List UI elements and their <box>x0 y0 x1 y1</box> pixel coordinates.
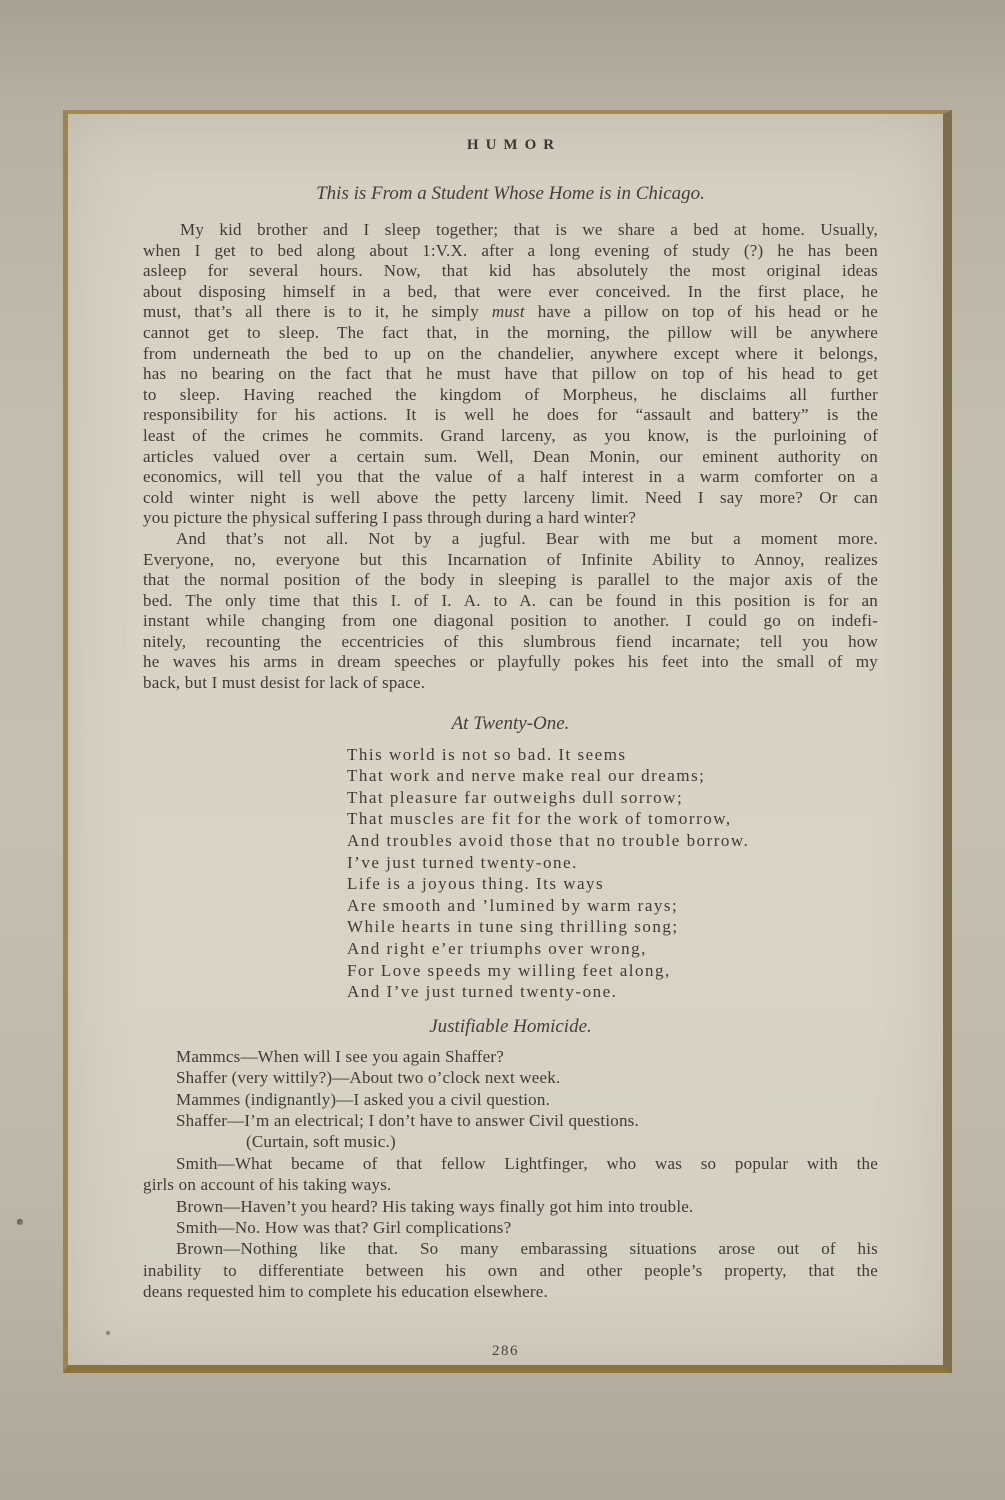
text-line: Mammcs—When will I see you again Shaffer… <box>143 1046 878 1067</box>
text-line: cold winter night is well above the pett… <box>143 488 878 509</box>
text-line: Brown—Nothing like that. So many embaras… <box>143 1238 878 1259</box>
text-line: And that’s not all. Not by a jugful. Bea… <box>143 529 878 550</box>
text-line: And troubles avoid those that no trouble… <box>347 830 878 852</box>
text-line: Life is a joyous thing. Its ways <box>347 873 878 895</box>
text-line: My kid brother and I sleep together; tha… <box>143 220 878 241</box>
text-line: back, but I must desist for lack of spac… <box>143 673 878 694</box>
text-line: That pleasure far outweighs dull sorrow; <box>347 787 878 809</box>
text-line: This world is not so bad. It seems <box>347 744 878 766</box>
text-line: inability to differentiate between his o… <box>143 1260 878 1281</box>
paragraph-1: My kid brother and I sleep together; tha… <box>143 220 878 529</box>
text-line: That muscles are fit for the work of tom… <box>347 808 878 830</box>
text-line: economics, will tell you that the value … <box>143 467 878 488</box>
text-line: (Curtain, soft music.) <box>143 1131 878 1152</box>
text-line: Brown—Haven’t you heard? His taking ways… <box>143 1196 878 1217</box>
text-line: While hearts in tune sing thrilling song… <box>347 916 878 938</box>
section-title-chicago-story: This is From a Student Whose Home is in … <box>143 182 878 206</box>
ink-speck-left-margin <box>17 1219 23 1225</box>
text-line: Are smooth and ’lumined by warm rays; <box>347 895 878 917</box>
page-number: 286 <box>68 1343 943 1360</box>
text-line: cannot get to sleep. The fact that, in t… <box>143 323 878 344</box>
text-line: articles valued over a certain sum. Well… <box>143 447 878 468</box>
text-line: that the normal position of the body in … <box>143 570 878 591</box>
text-line: from underneath the bed to up on the cha… <box>143 344 878 365</box>
text-line: he waves his arms in dream speeches or p… <box>143 652 878 673</box>
text-line: girls on account of his taking ways. <box>143 1174 878 1195</box>
text-line: must, that’s all there is to it, he simp… <box>143 302 878 323</box>
section-title-at-twenty-one: At Twenty-One. <box>143 712 878 736</box>
text-line: nitely, recounting the eccentricies of t… <box>143 632 878 653</box>
text-line: Everyone, no, everyone but this Incarnat… <box>143 550 878 571</box>
text-line: deans requested him to complete his educ… <box>143 1281 878 1302</box>
plain-text: have a pillow on top of his head or he <box>525 302 878 321</box>
text-line: Mammes (indignantly)—I asked you a civil… <box>143 1089 878 1110</box>
italic-text: must <box>492 302 525 321</box>
text-line: And I’ve just turned twenty-one. <box>347 981 878 1003</box>
ink-speck-bottom <box>106 1331 110 1335</box>
text-line: asleep for several hours. Now, that kid … <box>143 261 878 282</box>
plain-text: must, that’s all there is to it, he simp… <box>143 302 492 321</box>
text-line: For Love speeds my willing feet along, <box>347 960 878 982</box>
text-line: Shaffer—I’m an electrical; I don’t have … <box>143 1110 878 1131</box>
text-line: about disposing himself in a bed, that w… <box>143 282 878 303</box>
text-line: you picture the physical suffering I pas… <box>143 508 878 529</box>
text-line: Shaffer (very wittily?)—About two o’cloc… <box>143 1067 878 1088</box>
paragraph-2: And that’s not all. Not by a jugful. Bea… <box>143 529 878 694</box>
text-line: And right e’er triumphs over wrong, <box>347 938 878 960</box>
page-content: HUMOR This is From a Student Whose Home … <box>68 114 943 1365</box>
text-line: instant while changing from one diagonal… <box>143 611 878 632</box>
text-line: bed. The only time that this I. of I. A.… <box>143 591 878 612</box>
text-line: Smith—What became of that fellow Lightfi… <box>143 1153 878 1174</box>
section-title-justifiable-homicide: Justifiable Homicide. <box>143 1015 878 1039</box>
text-line: I’ve just turned twenty-one. <box>347 852 878 874</box>
text-line: when I get to bed along about 1:V.X. aft… <box>143 241 878 262</box>
text-line: to sleep. Having reached the kingdom of … <box>143 385 878 406</box>
text-line: Smith—No. How was that? Girl complicatio… <box>143 1217 878 1238</box>
text-line: has no bearing on the fact that he must … <box>143 364 878 385</box>
poem-at-twenty-one: This world is not so bad. It seemsThat w… <box>347 744 878 1003</box>
text-line: least of the crimes he commits. Grand la… <box>143 426 878 447</box>
page-frame: HUMOR This is From a Student Whose Home … <box>63 110 952 1373</box>
text-line: That work and nerve make real our dreams… <box>347 765 878 787</box>
scanned-page: { "page": { "header": "HUMOR", "page_num… <box>0 0 1005 1500</box>
dialogue-justifiable-homicide: Mammcs—When will I see you again Shaffer… <box>143 1046 878 1303</box>
page-header: HUMOR <box>143 136 878 154</box>
text-line: responsibility for his actions. It is we… <box>143 405 878 426</box>
